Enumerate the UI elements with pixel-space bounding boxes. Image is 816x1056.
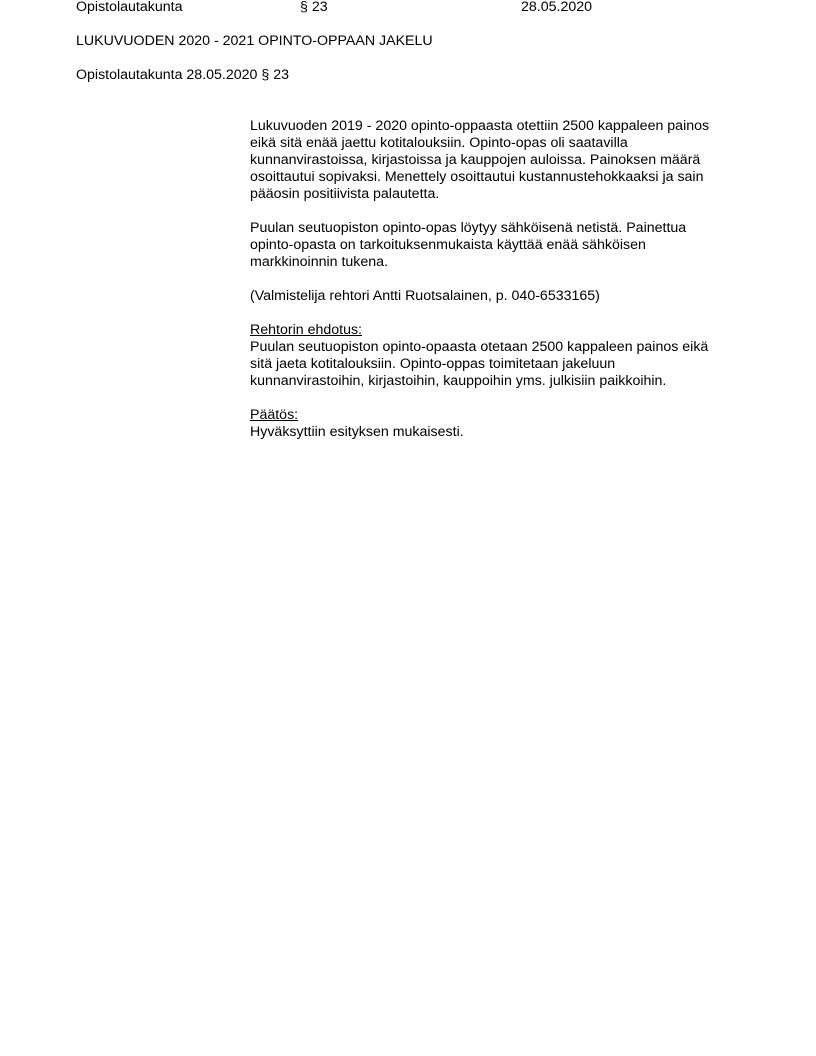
text-line: Puulan seutuopiston opinto-opaasta oteta… xyxy=(250,339,740,356)
proposal-section: Rehtorin ehdotus: Puulan seutuopiston op… xyxy=(250,322,740,390)
background-paragraph: Lukuvuoden 2019 - 2020 opinto-oppaasta o… xyxy=(250,118,740,203)
document-title: LUKUVUODEN 2020 - 2021 OPINTO-OPPAAN JAK… xyxy=(76,33,433,50)
text-line: Lukuvuoden 2019 - 2020 opinto-oppaasta o… xyxy=(250,118,740,135)
text-line: pääosin positiivista palautetta. xyxy=(250,186,740,203)
preparer-text: (Valmistelija rehtori Antti Ruotsalainen… xyxy=(250,288,740,305)
header-section-number: § 23 xyxy=(300,0,328,16)
decision-heading: Päätös: xyxy=(250,407,740,424)
header-date: 28.05.2020 xyxy=(521,0,592,16)
decision-section: Päätös: Hyväksyttiin esityksen mukaisest… xyxy=(250,407,740,441)
decision-text: Hyväksyttiin esityksen mukaisesti. xyxy=(250,424,740,441)
header-committee: Opistolautakunta xyxy=(76,0,182,16)
proposal-heading: Rehtorin ehdotus: xyxy=(250,322,740,339)
text-line: Puulan seutuopiston opinto-opas löytyy s… xyxy=(250,220,740,237)
text-line: opinto-opasta on tarkoituksenmukaista kä… xyxy=(250,237,740,254)
online-guide-paragraph: Puulan seutuopiston opinto-opas löytyy s… xyxy=(250,220,740,271)
text-line: kunnanvirastoissa, kirjastoissa ja kaupp… xyxy=(250,152,740,169)
preparer-note: (Valmistelija rehtori Antti Ruotsalainen… xyxy=(250,288,740,305)
text-line: kunnanvirastoihin, kirjastoihin, kauppoi… xyxy=(250,373,740,390)
meeting-reference: Opistolautakunta 28.05.2020 § 23 xyxy=(76,67,289,84)
text-line: eikä sitä enää jaettu kotitalouksiin. Op… xyxy=(250,135,740,152)
document-body: Lukuvuoden 2019 - 2020 opinto-oppaasta o… xyxy=(250,118,740,458)
text-line: sitä jaeta kotitalouksiin. Opinto-oppas … xyxy=(250,356,740,373)
text-line: osoittautui sopivaksi. Menettely osoitta… xyxy=(250,169,740,186)
text-line: markkinoinnin tukena. xyxy=(250,254,740,271)
